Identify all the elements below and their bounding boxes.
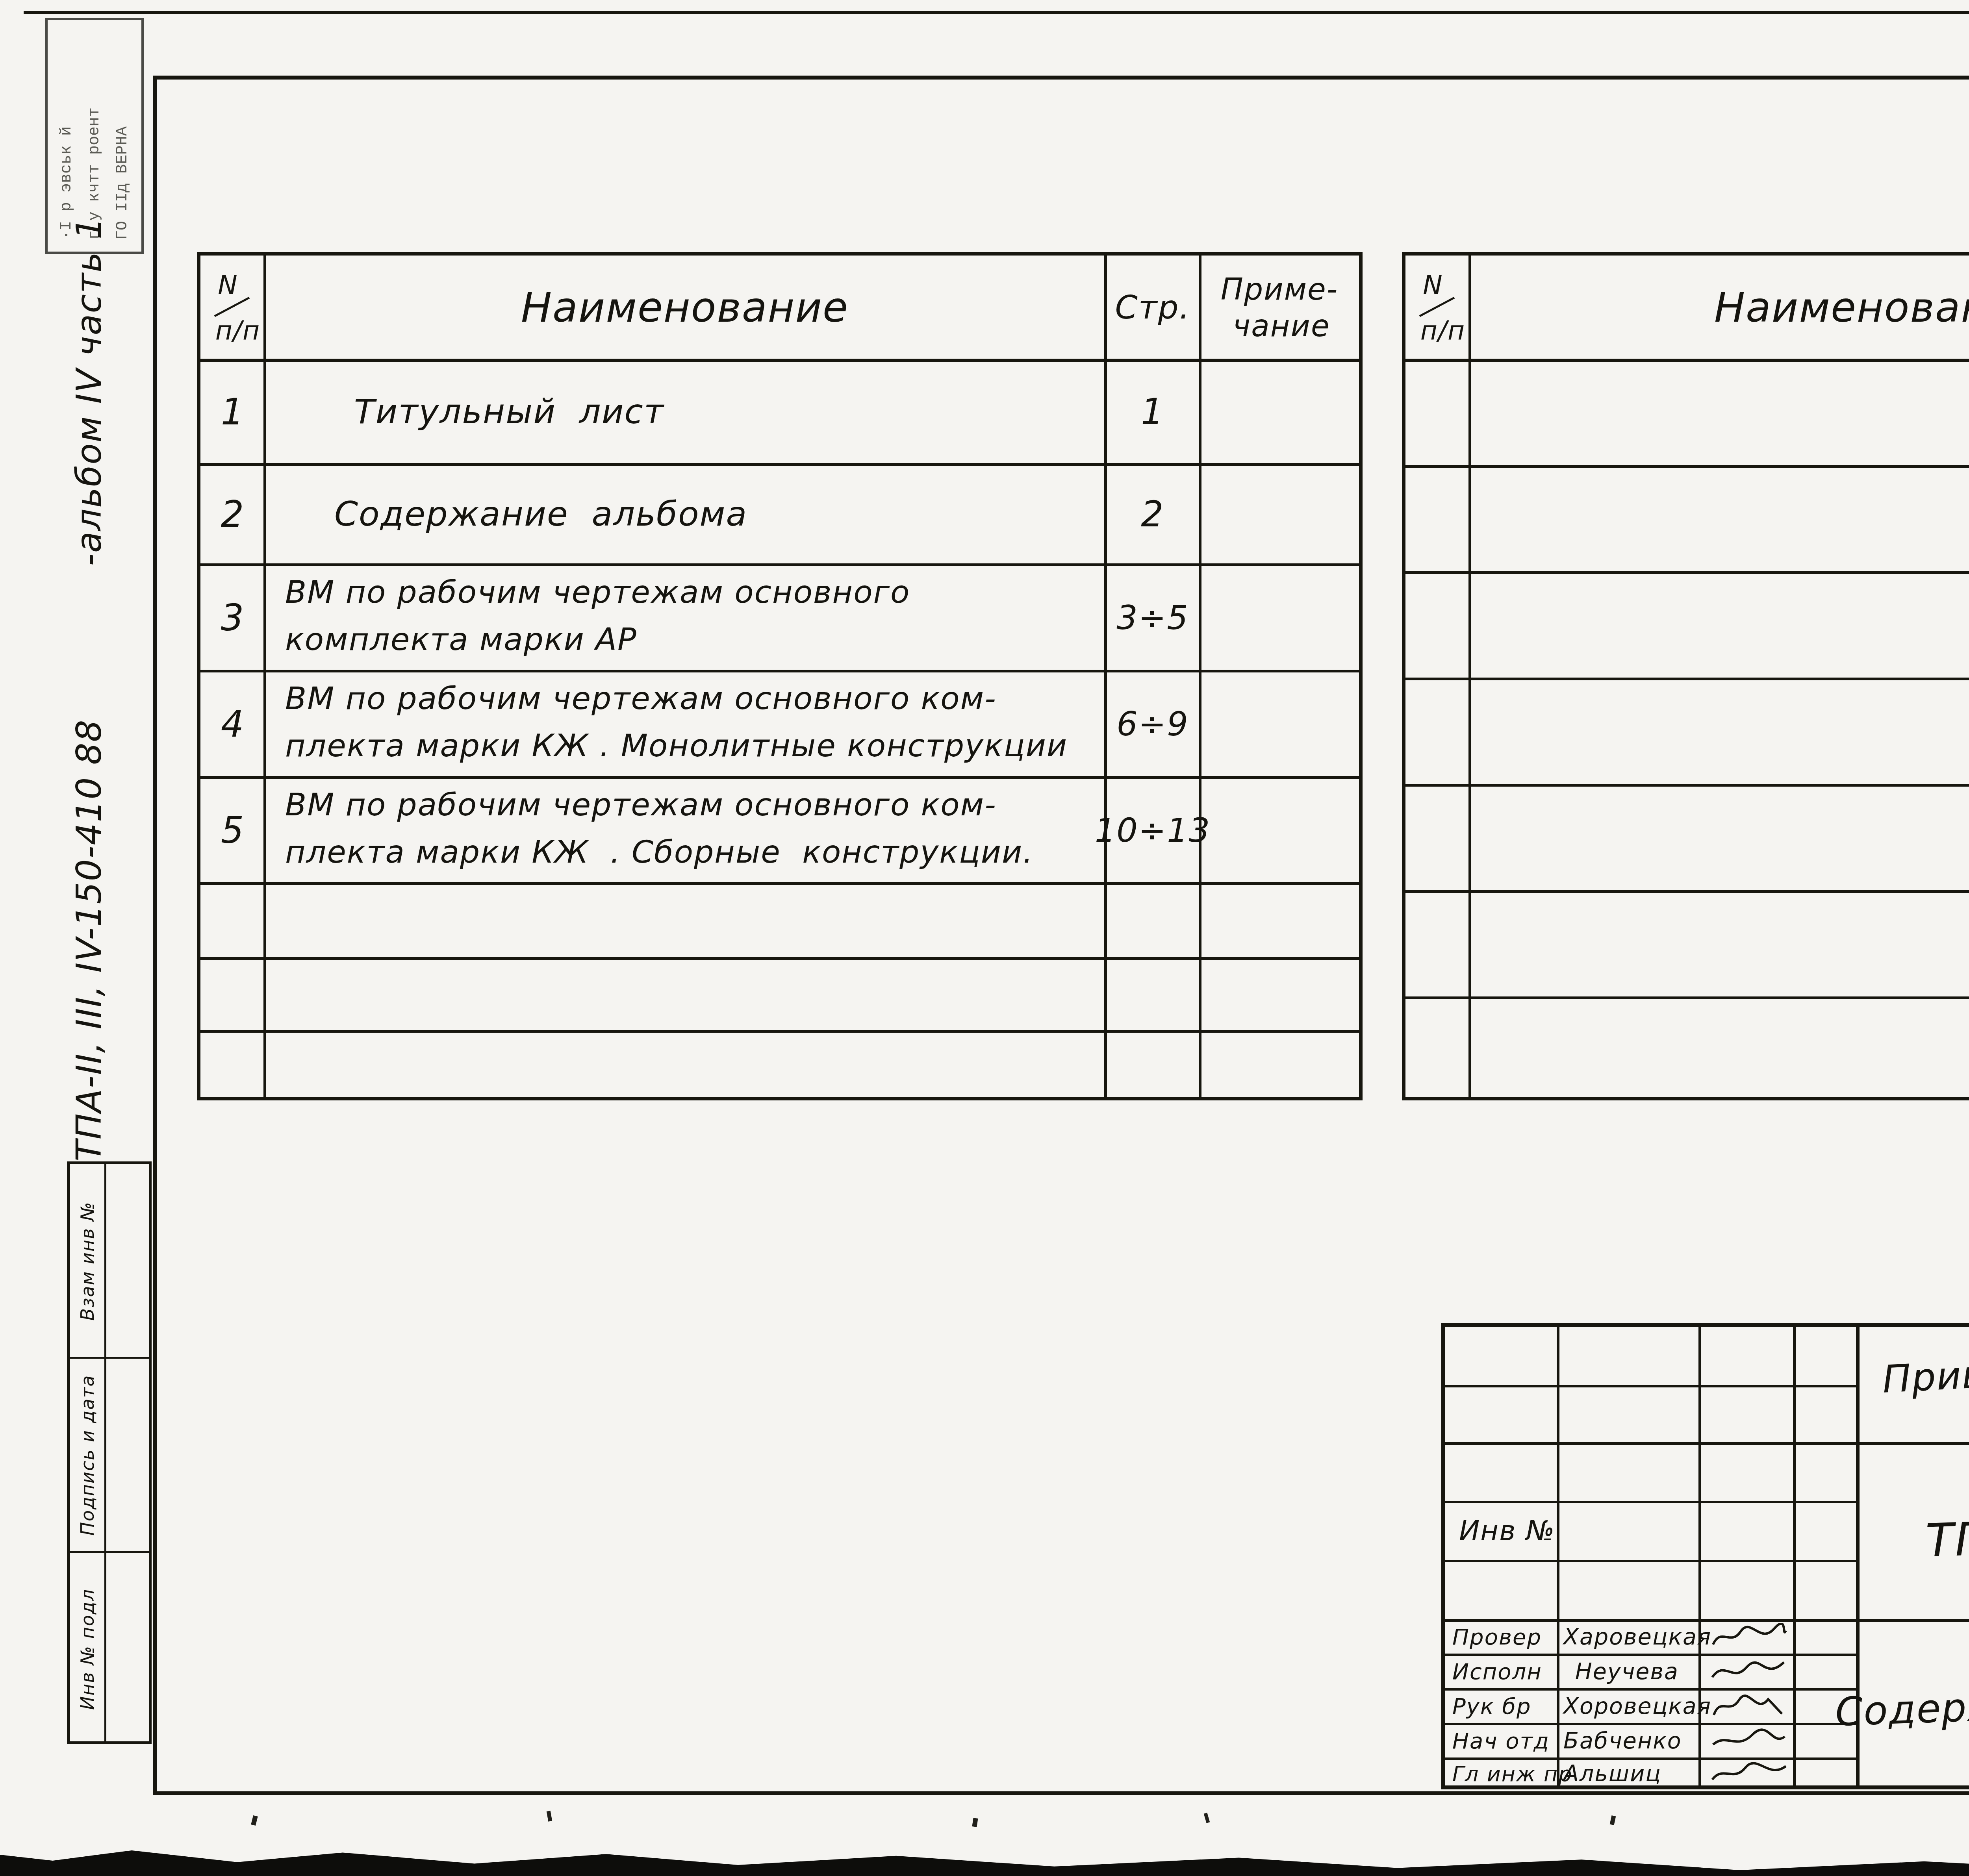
- scan-noise-tick: [547, 1811, 552, 1821]
- toc-right-col-line: [1468, 256, 1471, 1097]
- toc-row-name-line2: плекта марки КЖ . Сборные конструкции.: [285, 834, 1034, 870]
- toc-left-row-line: [200, 563, 1359, 566]
- toc-row-page: 3÷5: [1116, 598, 1188, 637]
- toc-row-page: 10÷13: [1095, 811, 1211, 850]
- toc-left-col-line: [1199, 256, 1201, 1097]
- sig-name: Бабченко: [1563, 1728, 1682, 1754]
- stamp-line: ГО ІІд ВЕРНА: [114, 32, 132, 240]
- col-header-num-top: N: [1423, 270, 1443, 300]
- signature-scribble: [1709, 1727, 1788, 1755]
- sig-role: Исполн: [1452, 1659, 1542, 1685]
- toc-left-row-line: [200, 463, 1359, 466]
- toc-left-row-line: [200, 1030, 1359, 1033]
- toc-left-col-line: [263, 256, 266, 1097]
- margin-cell-podpis-data: Подпись и дата: [70, 1358, 105, 1552]
- toc-right-row-line: [1405, 890, 1969, 893]
- tb-row-line: [1445, 1560, 1856, 1562]
- inv-no-label: Инв №: [1459, 1515, 1555, 1547]
- tb-row-line: [1445, 1501, 1856, 1503]
- sig-role: Рук бр: [1452, 1694, 1531, 1719]
- title-block: Привязан Инв № ТПА-II, III, IV-150-410 8…: [1441, 1323, 1969, 1789]
- toc-right-row-line: [1405, 784, 1969, 787]
- toc-left-row-line: [200, 776, 1359, 779]
- sig-name: Неучева: [1575, 1659, 1679, 1685]
- signature-scribble: [1709, 1657, 1788, 1686]
- toc-row-num: 1: [221, 391, 245, 433]
- stamp-line: ·І р эвськ й: [58, 32, 76, 240]
- toc-row-page: 6÷9: [1116, 705, 1188, 743]
- frame-bottom-line: [153, 1791, 1969, 1795]
- toc-row-name: Титульный лист: [354, 392, 664, 431]
- tb-col-line: [1557, 1327, 1559, 1785]
- scan-noise-tick: [1610, 1815, 1616, 1825]
- toc-row-name-line2: комплекта марки АР: [285, 621, 637, 657]
- document-title: Содержание альбома: [1834, 1673, 1969, 1735]
- toc-row-name-line1: ВМ по рабочим чертежам основного: [285, 574, 910, 610]
- toc-row-name-line1: ВМ по рабочим чертежам основного ком-: [285, 680, 997, 717]
- toc-row-num: 5: [221, 809, 245, 852]
- document-designation: ТПА-II, III, IV-150-410 88: [1925, 1494, 1969, 1568]
- toc-row-num: 2: [221, 493, 245, 535]
- tb-sign-row-line: [1445, 1757, 1856, 1760]
- frame-left-line: [153, 76, 157, 1795]
- tb-row-line: [1445, 1442, 1969, 1445]
- toc-right-row-line: [1405, 359, 1969, 362]
- toc-table-right: N п/п Наименование Стр Приме- чание: [1402, 252, 1969, 1100]
- toc-left-row-line: [200, 670, 1359, 672]
- col-header-num-bottom: п/п: [215, 315, 261, 346]
- margin-designation-code: ТПА-II, III, IV-150-410 88: [69, 719, 109, 1161]
- sig-role: Провер: [1452, 1624, 1542, 1650]
- scan-noise-tick: [972, 1818, 978, 1827]
- toc-right-row-line: [1405, 678, 1969, 680]
- toc-row-page: 2: [1141, 494, 1164, 535]
- toc-table-left: N п/п Наименование Стр. Приме- чание 1 Т…: [197, 252, 1363, 1100]
- signature-scribble: [1709, 1761, 1788, 1787]
- toc-right-row-line: [1405, 465, 1969, 468]
- col-header-note-2: чание: [1233, 308, 1330, 343]
- toc-left-row-line: [200, 882, 1359, 885]
- margin-cell-vzam-inv: Взам инв №: [70, 1164, 105, 1358]
- sig-name: Хоровецкая: [1563, 1693, 1711, 1719]
- tb-col-line: [1793, 1327, 1796, 1785]
- col-header-name: Наименование: [1714, 283, 1969, 331]
- tb-sign-row-line: [1445, 1723, 1856, 1725]
- toc-left-col-line: [1104, 256, 1107, 1097]
- margin-album-label: -альбом IV часть 1: [69, 217, 109, 566]
- tb-sign-row-line: [1445, 1688, 1856, 1691]
- scan-torn-edge: [0, 1839, 1969, 1876]
- toc-row-name-line2: плекта марки КЖ . Монолитные конструкции: [285, 728, 1068, 764]
- col-header-page: Стр.: [1115, 289, 1190, 326]
- sig-role: Нач отд: [1452, 1728, 1550, 1754]
- col-header-note-1: Приме-: [1221, 272, 1338, 307]
- margin-cells: Взам инв № Подпись и дата Инв № подл: [67, 1161, 152, 1744]
- tb-sign-row-line: [1445, 1654, 1856, 1656]
- col-header-num-bottom: п/п: [1420, 315, 1466, 346]
- sig-name: Альшиц: [1563, 1761, 1661, 1787]
- attached-note: Привязан: [1881, 1347, 1969, 1402]
- margin-designation: ТПА-II, III, IV-150-410 88 -альбом IV ча…: [63, 217, 114, 1161]
- scan-noise-tick: [1204, 1813, 1210, 1823]
- toc-row-name-line1: ВМ по рабочим чертежам основного ком-: [285, 787, 997, 823]
- outer-top-line: [24, 11, 1969, 14]
- toc-left-row-line: [200, 957, 1359, 960]
- tb-row-line: [1445, 1385, 1856, 1387]
- margin-cell-inv-podl: Инв № подл: [70, 1552, 105, 1746]
- toc-row-num: 4: [221, 703, 245, 745]
- col-header-name: Наименование: [521, 283, 849, 331]
- stamp-line: г у кчтт роент: [86, 32, 104, 240]
- sig-name: Харовецкая: [1563, 1624, 1711, 1650]
- tb-row-line: [1445, 1619, 1969, 1622]
- toc-right-row-line: [1405, 571, 1969, 574]
- toc-row-page: 1: [1141, 391, 1164, 433]
- frame-top-line: [153, 76, 1969, 80]
- toc-right-row-line: [1405, 996, 1969, 999]
- col-header-num-top: N: [218, 270, 238, 300]
- margin-cells-divider: [104, 1164, 106, 1741]
- toc-row-name: Содержание альбома: [334, 494, 747, 534]
- toc-left-row-line: [200, 359, 1359, 362]
- scanned-drawing-sheet: 2 ·І р эвськ й г у кчтт роент ГО ІІд ВЕР…: [0, 0, 1969, 1876]
- signature-scribble: [1709, 1623, 1788, 1651]
- scan-noise-tick: [251, 1815, 258, 1826]
- signature-scribble: [1709, 1692, 1788, 1720]
- sig-role: Гл инж пр: [1452, 1761, 1573, 1786]
- toc-row-num: 3: [221, 597, 245, 639]
